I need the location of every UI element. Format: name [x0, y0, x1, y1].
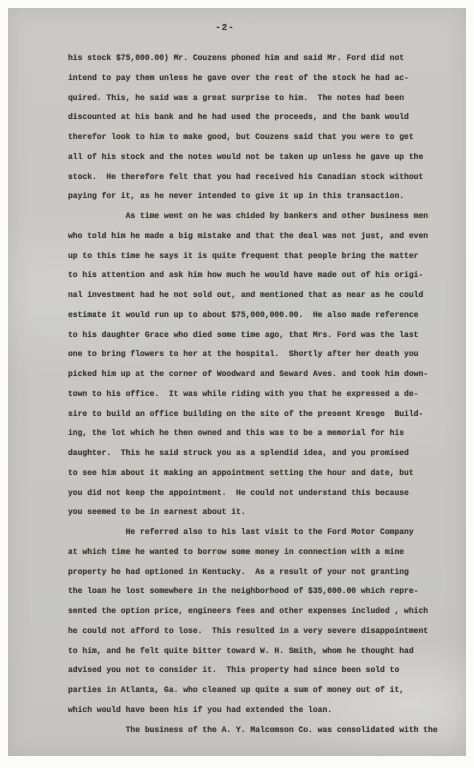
- text-line: at which time he wanted to borrow some m…: [68, 543, 454, 563]
- text-line: parties in Atlanta, Ga. who cleaned up q…: [68, 681, 454, 701]
- text-line: therefor look to him to make good, but C…: [68, 128, 454, 148]
- text-line: paying for it, as he never intended to g…: [68, 187, 454, 207]
- text-line: intend to pay them unless he gave over t…: [68, 69, 454, 89]
- scan-background: -2- his stock $75,000.00) Mr. Couzens ph…: [0, 0, 474, 768]
- scanned-page: -2- his stock $75,000.00) Mr. Couzens ph…: [8, 8, 466, 756]
- text-line: estimate it would run up to about $75,00…: [68, 306, 454, 326]
- text-line: you seemed to be in earnest about it.: [68, 503, 454, 523]
- text-line: ing, the lot which he then owned and thi…: [68, 424, 454, 444]
- text-line: discounted at his bank and he had used t…: [68, 108, 454, 128]
- page-body: his stock $75,000.00) Mr. Couzens phoned…: [68, 49, 454, 740]
- text-line: one to bring flowers to her at the hospi…: [68, 345, 454, 365]
- page-number: -2-: [0, 8, 454, 33]
- paragraph: As time went on he was chided by bankers…: [68, 207, 454, 523]
- text-line: nal investment had he not sold out, and …: [68, 286, 454, 306]
- paragraph: his stock $75,000.00) Mr. Couzens phoned…: [68, 49, 454, 207]
- text-line: quired. This, he said was a great surpri…: [68, 89, 454, 109]
- text-line: town to his office. It was while riding …: [68, 385, 454, 405]
- paragraph: The business of the A. Y. Malcomson Co. …: [68, 721, 454, 741]
- paragraph: He referred also to his last visit to th…: [68, 523, 454, 721]
- text-line: you did not keep the appointment. He cou…: [68, 484, 454, 504]
- text-line: stock. He therefore felt that you had re…: [68, 168, 454, 188]
- text-line: to him, and he felt quite bitter toward …: [68, 642, 454, 662]
- text-line: to his attention and ask him how much he…: [68, 266, 454, 286]
- text-line: all of his stock and the notes would not…: [68, 148, 454, 168]
- text-line: property he had optioned in Kentucky. As…: [68, 563, 454, 583]
- text-line: which would have been his if you had ext…: [68, 701, 454, 721]
- text-line: daughter. This he said struck you as a s…: [68, 444, 454, 464]
- text-line: He referred also to his last visit to th…: [68, 523, 454, 543]
- text-line: sire to build an office building on the …: [68, 405, 454, 425]
- text-line: his stock $75,000.00) Mr. Couzens phoned…: [68, 49, 454, 69]
- text-line: the loan he lost somewhere in the neighb…: [68, 582, 454, 602]
- text-line: advised you not to consider it. This pro…: [68, 661, 454, 681]
- text-line: to see him about it making an appointmen…: [68, 464, 454, 484]
- text-line: up to this time he says it is quite freq…: [68, 247, 454, 267]
- text-line: picked him up at the corner of Woodward …: [68, 365, 454, 385]
- text-line: he could not afford to lose. This result…: [68, 622, 454, 642]
- text-line: sented the option price, engineers fees …: [68, 602, 454, 622]
- text-line: As time went on he was chided by bankers…: [68, 207, 454, 227]
- text-line: The business of the A. Y. Malcomson Co. …: [68, 721, 454, 741]
- text-line: to his daughter Grace who died some time…: [68, 326, 454, 346]
- text-line: who told him he made a big mistake and t…: [68, 227, 454, 247]
